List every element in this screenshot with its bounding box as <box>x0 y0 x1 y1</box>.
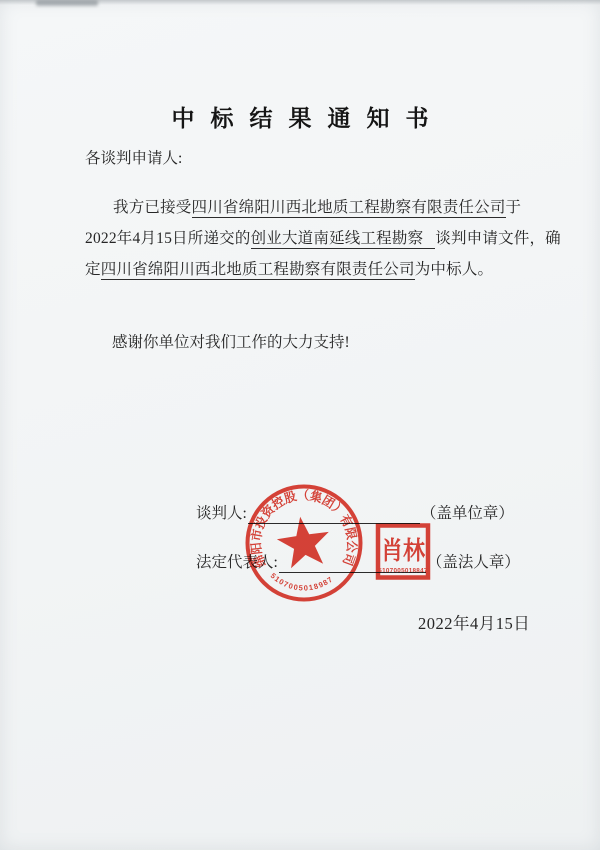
legal-rep-label: 法定代表人: <box>196 550 278 573</box>
body-line-2-pre: 2022年4月15日所递交的 <box>85 230 251 247</box>
project-name: 创业大道南延线工程勘察 <box>251 230 436 249</box>
legal-rep-signature-row: 法定代表人: （盖法人章） <box>196 550 520 573</box>
page-title: 中标结果通知书 <box>0 100 600 133</box>
legal-rep-seal-note: （盖法人章） <box>427 550 520 573</box>
winner-company-name-repeat: 四川省绵阳川西北地质工程勘察有限责任公司 <box>101 261 415 280</box>
negotiator-seal-note: （盖单位章） <box>421 501 514 524</box>
company-seal-serial: 5107005018987 <box>269 571 335 592</box>
body-line-1-post: 于 <box>506 199 522 216</box>
negotiator-signature-line <box>248 505 420 524</box>
thanks-line: 感谢你单位对我们工作的大力支持! <box>112 330 350 352</box>
document-date: 2022年4月15日 <box>418 610 530 634</box>
winner-company-name: 四川省绵阳川西北地质工程勘察有限责任公司 <box>192 199 506 218</box>
negotiator-signature-row: 谈判人: （盖单位章） <box>196 501 514 524</box>
body-line-3-post: 为中标人。 <box>415 261 494 278</box>
legal-rep-signature-line <box>279 554 426 573</box>
salutation: 各谈判申请人: <box>85 146 182 168</box>
body-line-1: 我方已接受四川省绵阳川西北地质工程勘察有限责任公司于 <box>85 195 521 217</box>
scan-smudge-artifact <box>36 0 98 6</box>
negotiator-label: 谈判人: <box>196 501 247 524</box>
body-line-2: 2022年4月15日所递交的创业大道南延线工程勘察谈判申请文件，确 <box>85 226 561 248</box>
body-line-1-pre: 我方已接受 <box>113 199 192 216</box>
body-line-3-pre: 定 <box>85 261 101 278</box>
body-line-3: 定四川省绵阳川西北地质工程勘察有限责任公司为中标人。 <box>85 257 493 279</box>
body-line-2-post: 谈判申请文件，确 <box>435 230 561 247</box>
document-page: 中标结果通知书 各谈判申请人: 我方已接受四川省绵阳川西北地质工程勘察有限责任公… <box>0 0 600 850</box>
